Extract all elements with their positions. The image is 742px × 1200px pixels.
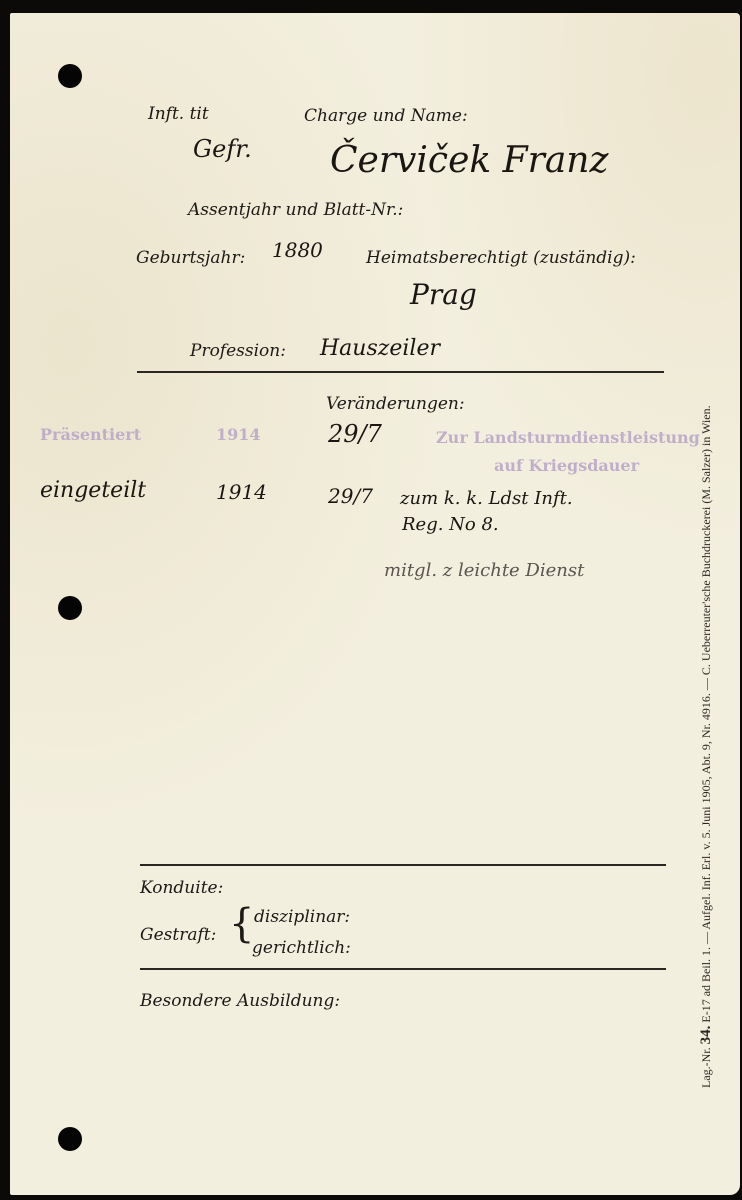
entry2-date: 29/7 xyxy=(328,484,373,508)
stamp-landsturm-2: auf Kriegsdauer xyxy=(494,456,639,475)
lag-number: 34. xyxy=(698,1026,714,1045)
assent-label: Assentjahr und Blatt-Nr.: xyxy=(188,200,403,220)
entry2-year: 1914 xyxy=(216,480,267,504)
entry2-text-2: Reg. No 8. xyxy=(402,514,499,535)
divider xyxy=(140,968,666,970)
printer-imprint: Lag.-Nr. 34. E-17 ad Beil. 1. — Aufgel. … xyxy=(698,405,715,1088)
entry1-date: 29/7 xyxy=(328,420,382,448)
profession-value: Hauszeiler xyxy=(320,336,440,361)
gerichtlich-label: gerichtlich: xyxy=(252,938,351,958)
divider xyxy=(140,864,666,866)
disziplinar-label: disziplinar: xyxy=(254,907,350,927)
charge-name-label: Charge und Name: xyxy=(304,106,468,126)
punch-hole xyxy=(58,64,82,88)
konduite-label: Konduite: xyxy=(140,878,223,898)
geburtsjahr-value: 1880 xyxy=(272,238,323,262)
lag-prefix: Lag.-Nr. xyxy=(699,1047,713,1088)
stamp-year: 1914 xyxy=(216,425,261,444)
name-handwritten: Červiček Franz xyxy=(330,140,608,181)
imprint-text: E-17 ad Beil. 1. — Aufgel. Inf. Erl. v. … xyxy=(699,405,713,1022)
rank-handwritten-1: Inft. tit xyxy=(148,104,209,124)
stamp-landsturm-1: Zur Landsturmdienstleistung xyxy=(436,428,700,447)
punch-hole xyxy=(58,1127,82,1151)
rank-handwritten-2: Gefr. xyxy=(193,135,252,163)
entry2-label: eingeteilt xyxy=(40,478,146,503)
punch-hole xyxy=(58,596,82,620)
entry2-text-1: zum k. k. Ldst Inft. xyxy=(400,488,573,509)
stamp-praesentiert: Präsentiert xyxy=(40,425,141,444)
geburtsjahr-label: Geburtsjahr: xyxy=(136,248,245,268)
heimat-value: Prag xyxy=(410,278,477,311)
divider xyxy=(137,371,664,373)
profession-label: Profession: xyxy=(190,341,286,361)
veraenderungen-label: Veränderungen: xyxy=(326,394,465,414)
brace: { xyxy=(229,904,254,944)
besondere-ausbildung-label: Besondere Ausbildung: xyxy=(140,991,340,1011)
entry3-text: mitgl. z leichte Dienst xyxy=(384,560,584,581)
heimat-label: Heimatsberechtigt (zuständig): xyxy=(366,248,636,268)
document-page xyxy=(10,13,740,1195)
gestraft-label: Gestraft: xyxy=(140,925,216,945)
